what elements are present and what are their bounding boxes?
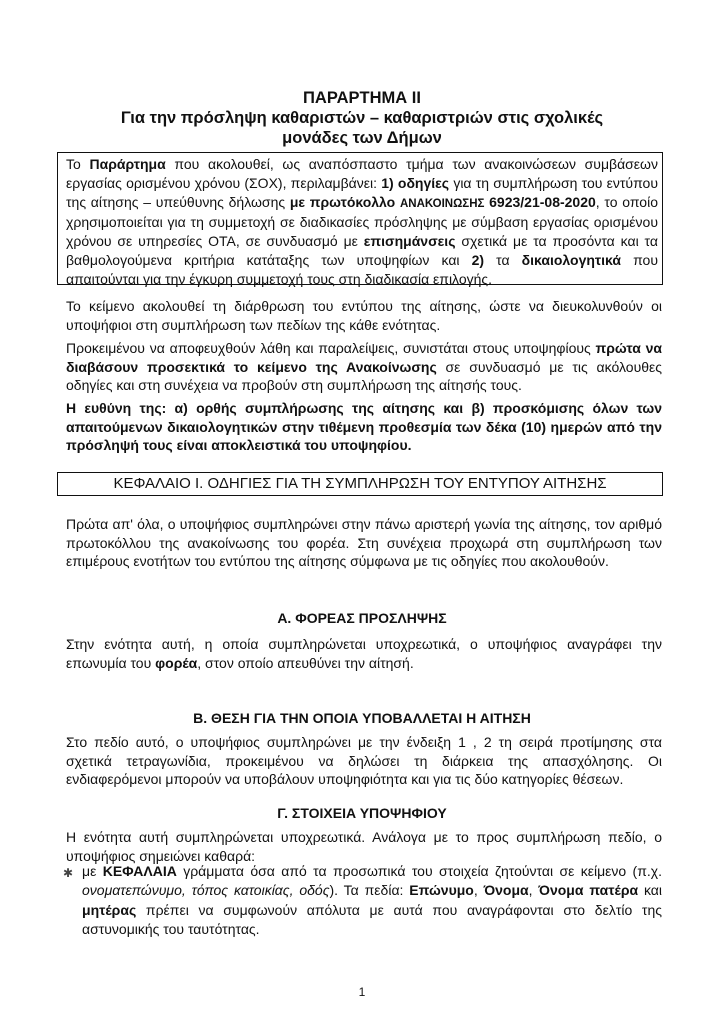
section-b-heading: Β. ΘΕΣΗ ΓΙΑ ΤΗΝ ΟΠΟΙΑ ΥΠΟΒΑΛΛΕΤΑΙ Η ΑΙΤΗ…	[60, 709, 664, 727]
document-page: ΠΑΡΑΡΤΗΜΑ ΙΙ Για την πρόσληψη καθαριστών…	[0, 0, 724, 1024]
bold-span: με πρωτόκολλο	[290, 194, 400, 210]
italic-span: ονοματεπώνυμο, τόπος κατοικίας, οδός	[82, 882, 330, 898]
bold-span: Όνομα πατέρα	[538, 882, 638, 898]
text-span: Το	[66, 156, 90, 172]
section-b-text: Στο πεδίο αυτό, ο υποψήφιος συμπληρώνει …	[66, 733, 662, 789]
bold-span: 1) οδηγίες	[381, 175, 449, 191]
text-span: τα	[484, 252, 522, 268]
bullet-star-icon: ✱	[63, 866, 73, 880]
text-span: πρέπει να συμφωνούν απόλυτα με αυτά που …	[82, 902, 662, 937]
bold-span: φορέα	[155, 655, 197, 671]
text-span: γράμματα όσα από τα προσωπικά του στοιχε…	[177, 863, 662, 879]
bold-span: δικαιολογητικά	[522, 252, 621, 268]
text-span: ). Τα πεδία:	[330, 882, 410, 898]
text-span: ,	[529, 882, 539, 898]
page-number: 1	[352, 985, 372, 999]
chapter-heading: ΚΕΦΑΛΑΙΟ Ι. ΟΔΗΓΙΕΣ ΓΙΑ ΤΗ ΣΥΜΠΛΗΡΩΣΗ ΤΟ…	[57, 472, 663, 496]
bold-caps-span: ΑΝΑΚΟΙΝΩΣΗΣ	[400, 198, 484, 210]
bold-span: Επώνυμο	[409, 882, 474, 898]
text-span: ,	[474, 882, 484, 898]
section-c-heading: Γ. ΣΤΟΙΧΕΙΑ ΥΠΟΨΗΦΙΟΥ	[60, 804, 664, 822]
paragraph-structure: Το κείμενο ακολουθεί τη διάρθρωση του εν…	[66, 297, 662, 334]
section-a-heading: Α. ΦΟΡΕΑΣ ΠΡΟΣΛΗΨΗΣ	[60, 609, 664, 627]
text-span: και	[638, 882, 662, 898]
protocol-number: 6923/21-08-2020	[484, 194, 595, 210]
text-span: Προκειμένου να αποφευχθούν λάθη και παρα…	[66, 340, 596, 356]
bold-span: 2)	[472, 252, 484, 268]
title-line-2: Για την πρόσληψη καθαριστών – καθαριστρι…	[60, 108, 664, 128]
bold-span: επισημάνσεις	[364, 233, 456, 249]
paragraph-responsibility: Η ευθύνη της: α) ορθής συμπλήρωσης της α…	[66, 399, 662, 455]
paragraph-advice: Προκειμένου να αποφευχθούν λάθη και παρα…	[66, 339, 662, 395]
bold-span: Όνομα	[484, 882, 529, 898]
bullet-item: με ΚΕΦΑΛΑΙΑ γράμματα όσα από τα προσωπικ…	[82, 862, 662, 939]
document-title: ΠΑΡΑΡΤΗΜΑ ΙΙ Για την πρόσληψη καθαριστών…	[60, 88, 664, 148]
bold-span: μητέρας	[82, 902, 136, 918]
bold-span: Παράρτημα	[90, 156, 166, 172]
text-span: , στον οποίο απευθύνει την αίτησή.	[197, 655, 413, 671]
title-line-3: μονάδες των Δήμων	[60, 128, 664, 148]
chapter-intro: Πρώτα απ' όλα, ο υποψήφιος συμπληρώνει σ…	[66, 515, 662, 571]
intro-box-text: Το Παράρτημα που ακολουθεί, ως αναπόσπασ…	[66, 155, 658, 289]
section-a-text: Στην ενότητα αυτή, η οποία συμπληρώνεται…	[66, 635, 662, 672]
bold-span: ΚΕΦΑΛΑΙΑ	[103, 863, 177, 879]
section-c-text: Η ενότητα αυτή συμπληρώνεται υποχρεωτικά…	[66, 828, 662, 865]
title-line-1: ΠΑΡΑΡΤΗΜΑ ΙΙ	[60, 88, 664, 108]
text-span: με	[82, 863, 103, 879]
